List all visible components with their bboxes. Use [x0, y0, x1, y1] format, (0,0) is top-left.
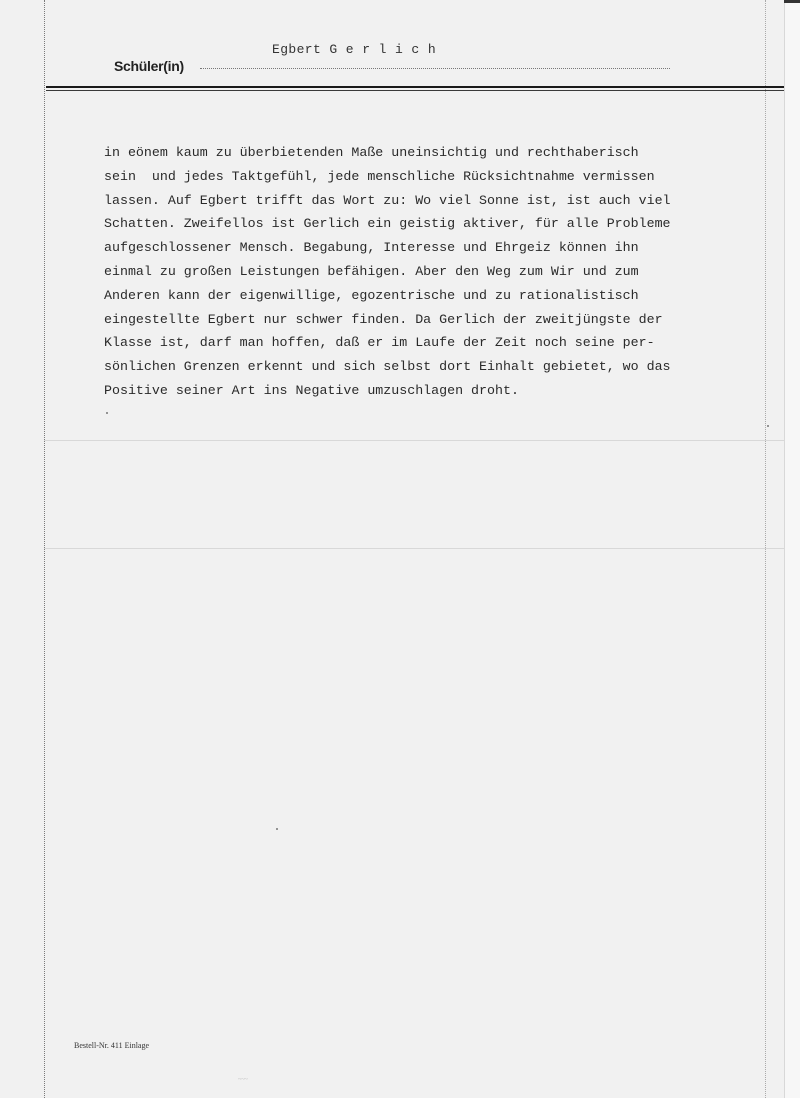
paper-fold — [44, 548, 784, 549]
student-label: Schüler(in) — [114, 58, 184, 74]
body-line: sönlichen Grenzen erkennt und sich selbs… — [104, 355, 744, 379]
student-name-dotted-line — [200, 68, 670, 69]
body-line: aufgeschlossener Mensch. Begabung, Inter… — [104, 236, 744, 260]
body-line: Schatten. Zweifellos ist Gerlich ein gei… — [104, 212, 744, 236]
body-line: in eönem kaum zu überbietenden Maße unei… — [104, 141, 744, 165]
body-line: Anderen kann der eigenwillige, egozentri… — [104, 284, 744, 308]
paper-speck — [276, 828, 278, 830]
body-line: sein und jedes Taktgefühl, jede menschli… — [104, 165, 744, 189]
body-line: lassen. Auf Egbert trifft das Wort zu: W… — [104, 189, 744, 213]
scan-edge-strip — [784, 0, 800, 1098]
header-rule-thin — [46, 90, 784, 91]
body-line: Positive seiner Art ins Negative umzusch… — [104, 379, 744, 403]
student-name: Egbert G e r l i c h — [272, 42, 436, 57]
paper-speck — [767, 425, 769, 427]
faint-footer-mark: ~~~ — [238, 1077, 248, 1083]
paper-speck — [106, 412, 108, 414]
right-perforation-line — [765, 0, 766, 1098]
body-line: Klasse ist, darf man hoffen, daß er im L… — [104, 331, 744, 355]
paper-fold — [44, 440, 784, 441]
order-number: Bestell-Nr. 411 Einlage — [74, 1041, 149, 1050]
report-body: in eönem kaum zu überbietenden Maße unei… — [104, 141, 744, 403]
header-rule-thick — [46, 86, 784, 88]
body-line: eingestellte Egbert nur schwer finden. D… — [104, 308, 744, 332]
left-perforation-line — [44, 0, 45, 1098]
body-line: einmal zu großen Leistungen befähigen. A… — [104, 260, 744, 284]
scan-edge-mark — [784, 0, 800, 3]
